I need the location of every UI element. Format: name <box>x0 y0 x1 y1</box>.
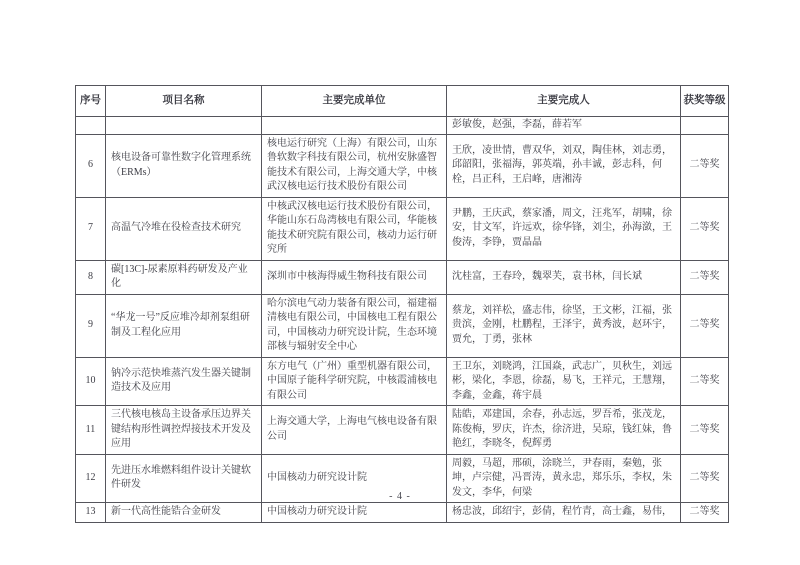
cell-serial-number: 8 <box>76 260 106 294</box>
cell-project-name: 碳[13C]-尿素原料药研发及产业化 <box>106 260 262 294</box>
cell-serial-number: 13 <box>76 503 106 523</box>
cell-award-level: 二等奖 <box>681 134 729 197</box>
cell-award-level: 二等奖 <box>681 503 729 523</box>
header-main-contributors: 主要完成人 <box>447 86 681 117</box>
cell-main-contributors: 彭敏俊，赵强，李磊，薛若军 <box>447 117 681 135</box>
cell-main-contributors: 王欣，凌世情，曹双华，刘双，陶佳林，刘志勇，邱韶阳，张福海，郭英端，孙丰诚，彭志… <box>447 134 681 197</box>
cell-serial-number: 9 <box>76 294 106 357</box>
award-table: 序号 项目名称 主要完成单位 主要完成人 获奖等级 彭敏俊，赵强，李磊，薛若军6… <box>75 85 729 523</box>
cell-main-units: 东方电气（广州）重型机器有限公司，中国原子能科学研究院，中核霞浦核电有限公司 <box>262 357 447 406</box>
cell-main-units: 核电运行研究（上海）有限公司，山东鲁软数字科技有限公司，杭州安脉盛智能技术有限公… <box>262 134 447 197</box>
cell-main-units <box>262 117 447 135</box>
cell-main-units: 深圳市中核海得威生物科技有限公司 <box>262 260 447 294</box>
cell-main-contributors: 尹鹏，王庆武，蔡家潘，周文，汪兆军，胡啸，徐安，甘文军，许远欢，徐华锋，刘尘，孙… <box>447 197 681 260</box>
cell-main-units: 上海交通大学，上海电气核电设备有限公司 <box>262 406 447 455</box>
cell-serial-number: 10 <box>76 357 106 406</box>
cell-serial-number: 11 <box>76 406 106 455</box>
table-row: 彭敏俊，赵强，李磊，薛若军 <box>76 117 729 135</box>
header-row: 序号 项目名称 主要完成单位 主要完成人 获奖等级 <box>76 86 729 117</box>
cell-main-units: 哈尔滨电气动力装备有限公司，福建福清核电有限公司，中国核电工程有限公司，中国核动… <box>262 294 447 357</box>
cell-project-name: 高温气冷堆在役检查技术研究 <box>106 197 262 260</box>
header-project-name: 项目名称 <box>106 86 262 117</box>
cell-project-name <box>106 117 262 135</box>
cell-main-contributors: 蔡龙，刘祥松，盛志伟，徐坚，王文彬，江福，张贵滨，金刚，杜鹏程，王泽宇，黄秀波，… <box>447 294 681 357</box>
table-row: 13新一代高性能锆合金研发中国核动力研究设计院杨忠波，邱绍宇，彭倩，程竹青，高士… <box>76 503 729 523</box>
header-main-units: 主要完成单位 <box>262 86 447 117</box>
cell-main-contributors: 沈桂富，王春玲，魏翠芙，袁书林，闫长斌 <box>447 260 681 294</box>
cell-award-level: 二等奖 <box>681 406 729 455</box>
cell-main-contributors: 王卫东，刘晓鸿，江国焱，武志广，贝秋生，刘远彬，梁化，李恩，徐磊，易飞，王祥元，… <box>447 357 681 406</box>
cell-main-units: 中国核动力研究设计院 <box>262 503 447 523</box>
cell-project-name: 新一代高性能锆合金研发 <box>106 503 262 523</box>
cell-award-level: 二等奖 <box>681 260 729 294</box>
cell-main-contributors: 杨忠波，邱绍宇，彭倩，程竹青，高士鑫，易伟， <box>447 503 681 523</box>
table-header: 序号 项目名称 主要完成单位 主要完成人 获奖等级 <box>76 86 729 117</box>
cell-project-name: 钠冷示范快堆蒸汽发生器关键制造技术及应用 <box>106 357 262 406</box>
table-row: 6核电设备可靠性数字化管理系统（ERMs）核电运行研究（上海）有限公司，山东鲁软… <box>76 134 729 197</box>
page-number: - 4 - <box>0 491 800 502</box>
cell-serial-number: 6 <box>76 134 106 197</box>
cell-serial-number <box>76 117 106 135</box>
table-row: 7高温气冷堆在役检查技术研究中核武汉核电运行技术股份有限公司，华能山东石岛湾核电… <box>76 197 729 260</box>
table-row: 8碳[13C]-尿素原料药研发及产业化深圳市中核海得威生物科技有限公司沈桂富，王… <box>76 260 729 294</box>
table-body: 彭敏俊，赵强，李磊，薛若军6核电设备可靠性数字化管理系统（ERMs）核电运行研究… <box>76 117 729 523</box>
cell-award-level: 二等奖 <box>681 294 729 357</box>
header-award-level: 获奖等级 <box>681 86 729 117</box>
cell-serial-number: 7 <box>76 197 106 260</box>
document-page: 序号 项目名称 主要完成单位 主要完成人 获奖等级 彭敏俊，赵强，李磊，薛若军6… <box>0 0 800 565</box>
cell-project-name: 三代核电核岛主设备承压边界关键结构形性调控焊接技术开发及应用 <box>106 406 262 455</box>
cell-main-contributors: 陆皓，邓建国，余春，孙志远，罗吾希，张茂龙，陈俊梅，罗庆，许杰，徐济进，吴琼，钱… <box>447 406 681 455</box>
cell-project-name: 核电设备可靠性数字化管理系统（ERMs） <box>106 134 262 197</box>
table-row: 11三代核电核岛主设备承压边界关键结构形性调控焊接技术开发及应用上海交通大学，上… <box>76 406 729 455</box>
cell-project-name: “华龙一号”反应堆冷却剂泵组研制及工程化应用 <box>106 294 262 357</box>
cell-award-level: 二等奖 <box>681 197 729 260</box>
table-row: 9“华龙一号”反应堆冷却剂泵组研制及工程化应用哈尔滨电气动力装备有限公司，福建福… <box>76 294 729 357</box>
cell-award-level: 二等奖 <box>681 357 729 406</box>
table-row: 10钠冷示范快堆蒸汽发生器关键制造技术及应用东方电气（广州）重型机器有限公司，中… <box>76 357 729 406</box>
cell-main-units: 中核武汉核电运行技术股份有限公司，华能山东石岛湾核电有限公司，华能核能技术研究院… <box>262 197 447 260</box>
header-serial-number: 序号 <box>76 86 106 117</box>
cell-award-level <box>681 117 729 135</box>
